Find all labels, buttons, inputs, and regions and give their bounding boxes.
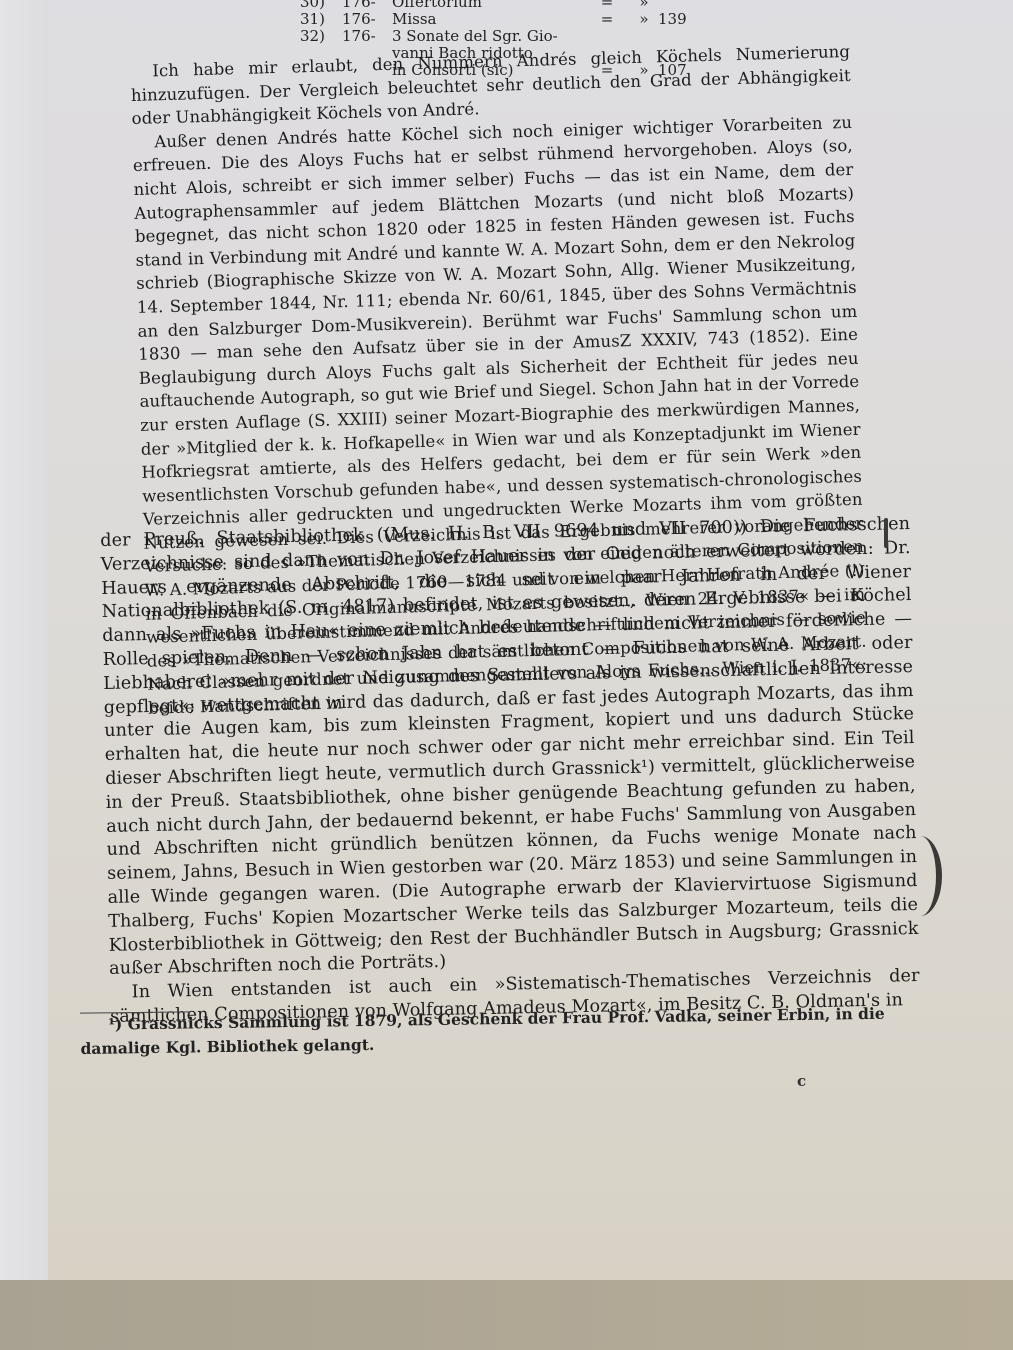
previous-page-edge — [0, 0, 49, 1280]
list-year: 176- — [342, 28, 392, 45]
list-equals — [584, 28, 630, 45]
list-number: 31) — [300, 11, 342, 28]
list-row: 31) 176- Missa = » 139 — [300, 11, 730, 28]
pencil-margin-line — [884, 518, 888, 548]
lower-body-text: der Preuß. Staatsbibliothek ((Mus. H. B.… — [100, 513, 920, 1030]
list-ditto: » — [630, 11, 658, 28]
list-title: 3 Sonate del Sgr. Gio- — [392, 28, 584, 45]
list-value — [658, 28, 718, 45]
list-title: Missa — [392, 11, 584, 28]
table-surface — [0, 1280, 1013, 1350]
signature-mark: c — [797, 1072, 806, 1090]
list-row: 32) 176- 3 Sonate del Sgr. Gio- — [300, 28, 730, 45]
list-ditto — [630, 28, 658, 45]
list-year: 176- — [342, 11, 392, 28]
list-equals: = — [584, 11, 630, 28]
paragraph: der Preuß. Staatsbibliothek ((Mus. H. B.… — [100, 513, 919, 982]
list-number: 32) — [300, 28, 342, 45]
list-value: 139 — [658, 11, 718, 28]
